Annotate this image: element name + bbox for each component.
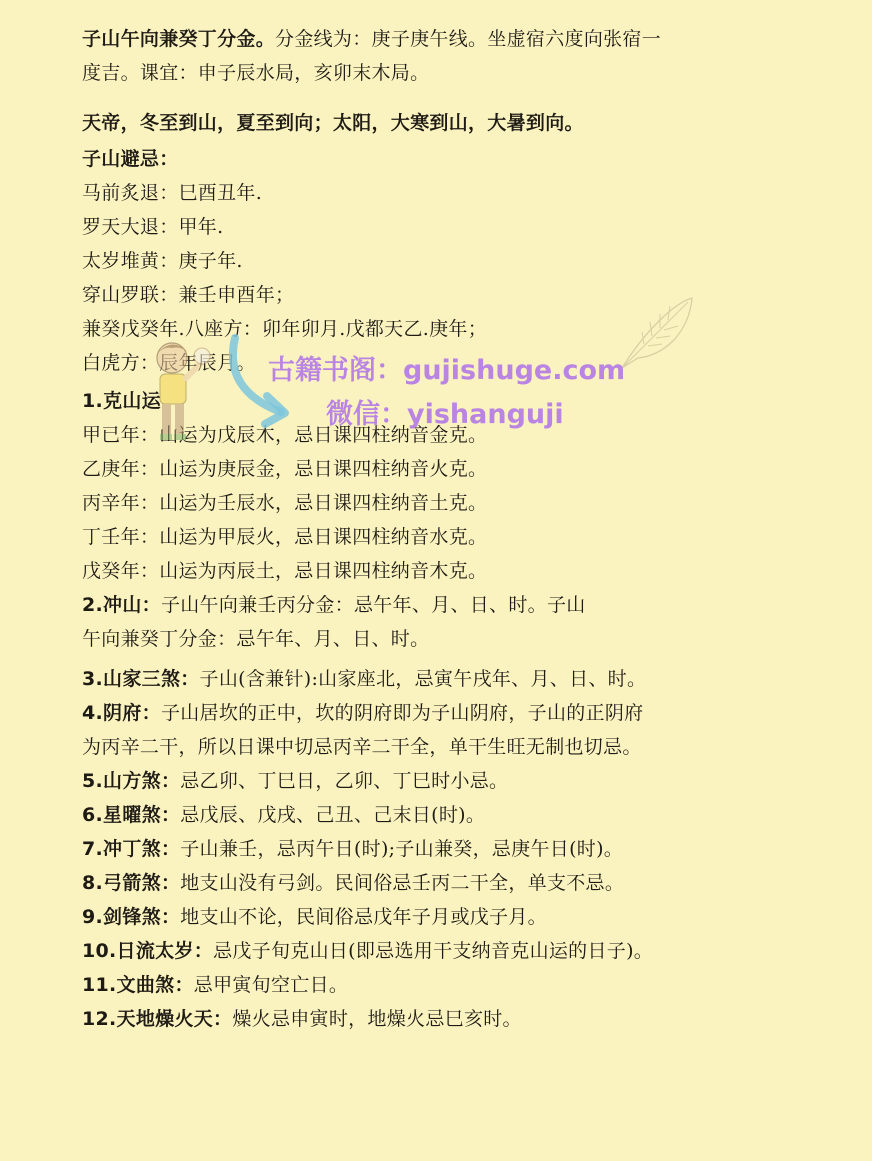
section-5-text: 忌乙卯、丁巳日，乙卯、丁巳时小忌。 — [180, 770, 508, 792]
section-6-text: 忌戊辰、戊戌、己丑、己末日(时)。 — [180, 804, 485, 826]
section-2-title: 2.冲山： — [82, 594, 161, 616]
section-7-text: 子山兼壬，忌丙午日(时);子山兼癸，忌庚午日(时)。 — [180, 838, 623, 860]
tiandi-line: 天帝，冬至到山，夏至到向；太阳，大寒到山，大暑到向。 — [82, 106, 782, 140]
section-2-text: 子山午向兼壬丙分金：忌午年、月、日、时。子山 — [161, 594, 586, 616]
section-5-title: 5.山方煞： — [82, 770, 180, 792]
section-4-cont: 为丙辛二干，所以日课中切忌丙辛二干全，单干生旺无制也切忌。 — [82, 730, 782, 764]
leaf-icon — [618, 292, 698, 372]
intro-heading: 子山午向兼癸丁分金。 — [82, 28, 275, 50]
section-4-title: 4.阴府： — [82, 702, 161, 724]
section-11-text: 忌甲寅旬空亡日。 — [194, 974, 348, 996]
section-3-title: 3.山家三煞： — [82, 668, 200, 690]
section-6: 6.星曜煞：忌戊辰、戊戌、己丑、己末日(时)。 — [82, 798, 782, 832]
section-5: 5.山方煞：忌乙卯、丁巳日，乙卯、丁巳时小忌。 — [82, 764, 782, 798]
section-10-text: 忌戊子旬克山日(即忌选用干支纳音克山运的日子)。 — [213, 940, 653, 962]
section-12-text: 燥火忌申寅时，地燥火忌巳亥时。 — [232, 1008, 522, 1030]
watermark-wechat: 微信：yishanguji — [326, 392, 564, 431]
section-3: 3.山家三煞：子山(含兼针):山家座北，忌寅午戌年、月、日、时。 — [82, 662, 782, 696]
section-6-title: 6.星曜煞： — [82, 804, 180, 826]
section-7-title: 7.冲丁煞： — [82, 838, 180, 860]
section-11-title: 11.文曲煞： — [82, 974, 194, 996]
section-8-text: 地支山没有弓剑。民间俗忌壬丙二干全，单支不忌。 — [180, 872, 624, 894]
section-1-row: 戊癸年：山运为丙辰土，忌日课四柱纳音木克。 — [82, 554, 782, 588]
intro-line-1: 子山午向兼癸丁分金。分金线为：庚子庚午线。坐虚宿六度向张宿一 — [82, 22, 782, 56]
avoid-heading: 子山避忌： — [82, 142, 782, 176]
section-12-title: 12.天地燥火天： — [82, 1008, 232, 1030]
section-1-row: 丙辛年：山运为壬辰水，忌日课四柱纳音土克。 — [82, 486, 782, 520]
section-12: 12.天地燥火天：燥火忌申寅时，地燥火忌巳亥时。 — [82, 1002, 782, 1036]
section-4: 4.阴府：子山居坎的正中，坎的阴府即为子山阴府，子山的正阴府 — [82, 696, 782, 730]
section-9-title: 9.剑锋煞： — [82, 906, 180, 928]
section-1-row: 丁壬年：山运为甲辰火，忌日课四柱纳音水克。 — [82, 520, 782, 554]
avoid-item: 马前炙退：巳酉丑年. — [82, 176, 782, 210]
section-4-text: 子山居坎的正中，坎的阴府即为子山阴府，子山的正阴府 — [161, 702, 644, 724]
section-2-cont: 午向兼癸丁分金：忌午年、月、日、时。 — [82, 622, 782, 656]
section-8-title: 8.弓箭煞： — [82, 872, 180, 894]
section-8: 8.弓箭煞：地支山没有弓剑。民间俗忌壬丙二干全，单支不忌。 — [82, 866, 782, 900]
section-11: 11.文曲煞：忌甲寅旬空亡日。 — [82, 968, 782, 1002]
section-7: 7.冲丁煞：子山兼壬，忌丙午日(时);子山兼癸，忌庚午日(时)。 — [82, 832, 782, 866]
avoid-item: 太岁堆黄：庚子年. — [82, 244, 782, 278]
intro-text: 分金线为：庚子庚午线。坐虚宿六度向张宿一 — [275, 28, 661, 50]
cartoon-kid-icon — [142, 338, 212, 448]
section-10-title: 10.日流太岁： — [82, 940, 213, 962]
section-10: 10.日流太岁：忌戊子旬克山日(即忌选用干支纳音克山运的日子)。 — [82, 934, 782, 968]
section-9-text: 地支山不论，民间俗忌戊年子月或戊子月。 — [180, 906, 547, 928]
intro-line-2: 度吉。课宜：申子辰水局，亥卯末木局。 — [82, 56, 782, 90]
section-1-row: 乙庚年：山运为庚辰金，忌日课四柱纳音火克。 — [82, 452, 782, 486]
section-2: 2.冲山：子山午向兼壬丙分金：忌午年、月、日、时。子山 — [82, 588, 782, 622]
section-9: 9.剑锋煞：地支山不论，民间俗忌戊年子月或戊子月。 — [82, 900, 782, 934]
section-3-text: 子山(含兼针):山家座北，忌寅午戌年、月、日、时。 — [200, 668, 647, 690]
watermark-site: 古籍书阁：gujishuge.com — [268, 348, 625, 387]
avoid-item: 罗天大退：甲年. — [82, 210, 782, 244]
document-body: 子山午向兼癸丁分金。分金线为：庚子庚午线。坐虚宿六度向张宿一 度吉。课宜：申子辰… — [82, 22, 782, 1036]
